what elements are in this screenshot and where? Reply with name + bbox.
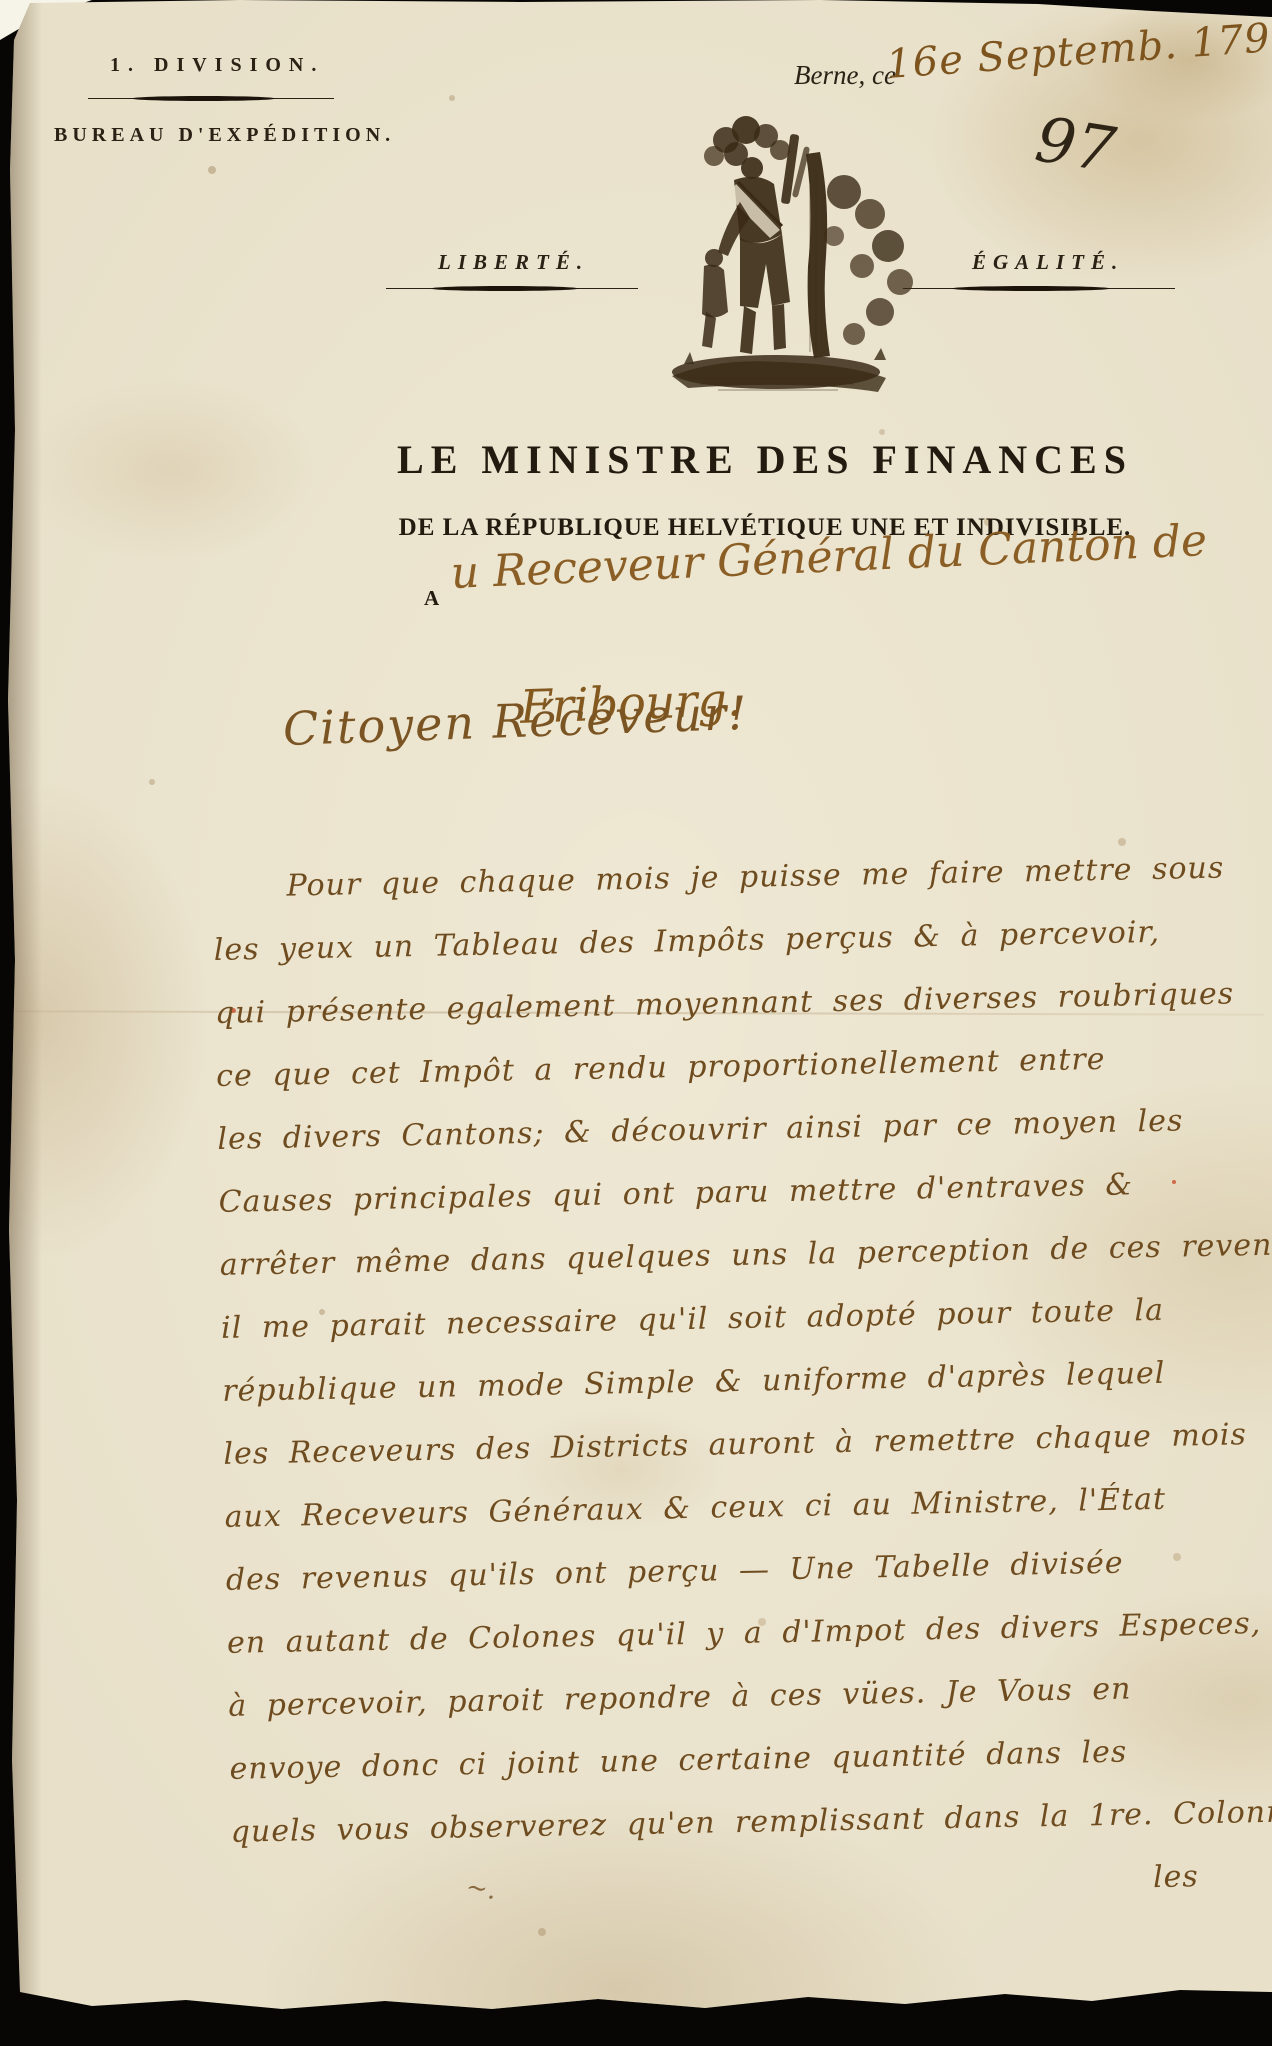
scanned-letter-page: { "header": { "division": "1. DIVISION."… xyxy=(0,0,1272,2046)
handwritten-date: 16e Septemb. 1799. xyxy=(885,12,1272,88)
ministry-title: LE MINISTRE DES FINANCES xyxy=(385,436,1145,483)
place-printed: Berne, ce xyxy=(794,60,896,91)
bureau-label: BUREAU D'EXPÉDITION. xyxy=(54,124,395,147)
liberte-rule xyxy=(386,286,638,291)
letter-body: Pour que chaque mois je puisse me faire … xyxy=(212,837,1227,1927)
handwritten-number: 97 xyxy=(1031,102,1120,186)
margin-squiggle: ~. xyxy=(464,1872,498,1906)
egalite-label: ÉGALITÉ. xyxy=(972,250,1124,275)
liberte-label: LIBERTÉ. xyxy=(438,250,589,275)
tell-emblem-engraving-icon xyxy=(648,106,940,408)
division-label: 1. DIVISION. xyxy=(110,54,324,77)
division-rule xyxy=(88,96,334,101)
salutation: Citoyen Récéveur! xyxy=(282,686,749,756)
address-printed-a: A xyxy=(424,586,442,611)
egalite-rule xyxy=(903,286,1175,291)
letter-paper: 1. DIVISION. BUREAU D'EXPÉDITION. Berne,… xyxy=(0,0,1272,2046)
